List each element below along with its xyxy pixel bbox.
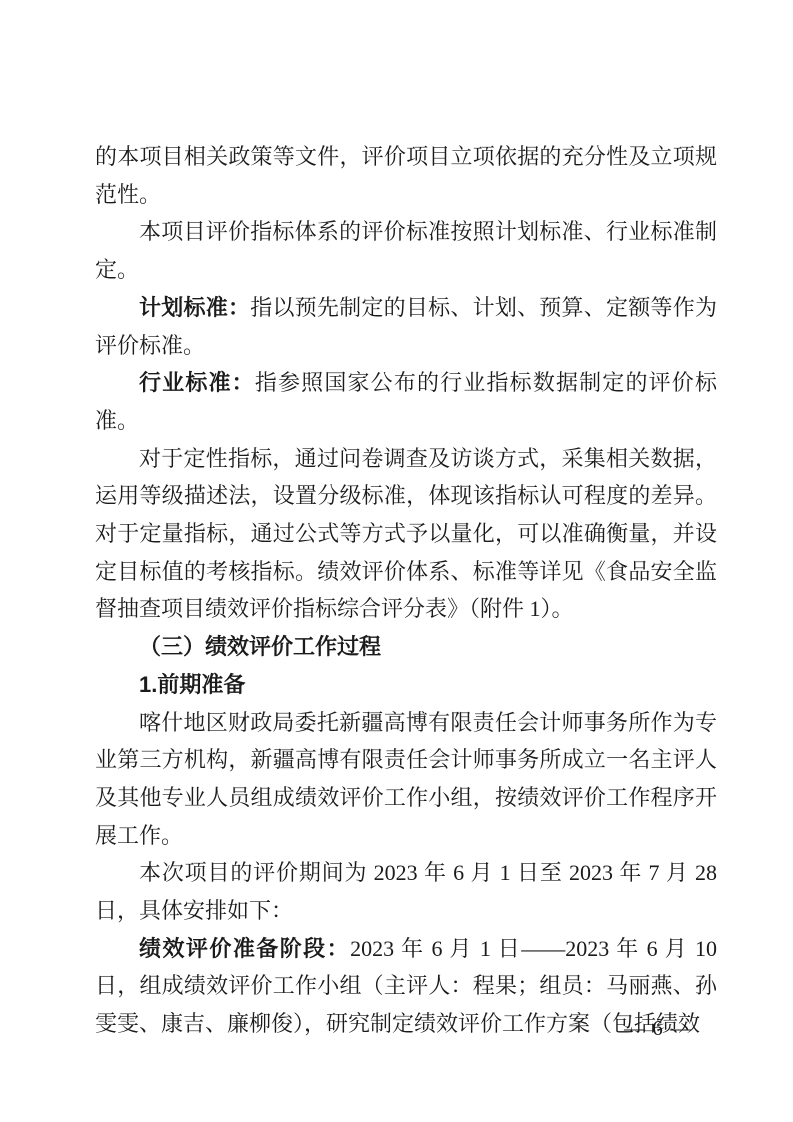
paragraph-text: 对于定性指标，通过问卷调查及访谈方式，采集相关数据，运用等级描述法，设置分级标准… (95, 446, 717, 622)
subsection-heading-preparation: 1.前期准备 (95, 666, 717, 704)
paragraph-industry-standard: 行业标准：指参照国家公布的行业指标数据制定的评价标准。 (95, 364, 717, 439)
paragraph-team: 喀什地区财政局委托新疆高博有限责任会计师事务所作为专业第三方机构，新疆高博有限责… (95, 704, 717, 855)
document-body: 的本项目相关政策等文件，评价项目立项依据的充分性及立项规范性。 本项目评价指标体… (95, 138, 717, 1043)
section-heading-work-process: （三）绩效评价工作过程 (95, 628, 717, 666)
paragraph-indicators: 对于定性指标，通过问卷调查及访谈方式，采集相关数据，运用等级描述法，设置分级标准… (95, 440, 717, 629)
term-label-plan-standard: 计划标准： (139, 295, 250, 320)
term-label-industry-standard: 行业标准： (139, 370, 255, 395)
paragraph-text: 本次项目的评价期间为 2023 年 6 月 1 日至 2023 年 7 月 28… (95, 860, 717, 923)
paragraph-plan-standard: 计划标准：指以预先制定的目标、计划、预算、定额等作为评价标准。 (95, 289, 717, 364)
phase-label-preparation: 绩效评价准备阶段： (139, 936, 350, 961)
paragraph-text: 喀什地区财政局委托新疆高博有限责任会计师事务所作为专业第三方机构，新疆高博有限责… (95, 710, 717, 848)
paragraph: 本项目评价指标体系的评价标准按照计划标准、行业标准制定。 (95, 213, 717, 288)
paragraph-text: 本项目评价指标体系的评价标准按照计划标准、行业标准制定。 (95, 219, 717, 282)
page-number: — 6 — (624, 1016, 692, 1041)
document-page: 的本项目相关政策等文件，评价项目立项依据的充分性及立项规范性。 本项目评价指标体… (0, 0, 793, 1122)
paragraph-continuation: 的本项目相关政策等文件，评价项目立项依据的充分性及立项规范性。 (95, 138, 717, 213)
paragraph-period: 本次项目的评价期间为 2023 年 6 月 1 日至 2023 年 7 月 28… (95, 854, 717, 929)
paragraph-text: 的本项目相关政策等文件，评价项目立项依据的充分性及立项规范性。 (95, 144, 717, 207)
